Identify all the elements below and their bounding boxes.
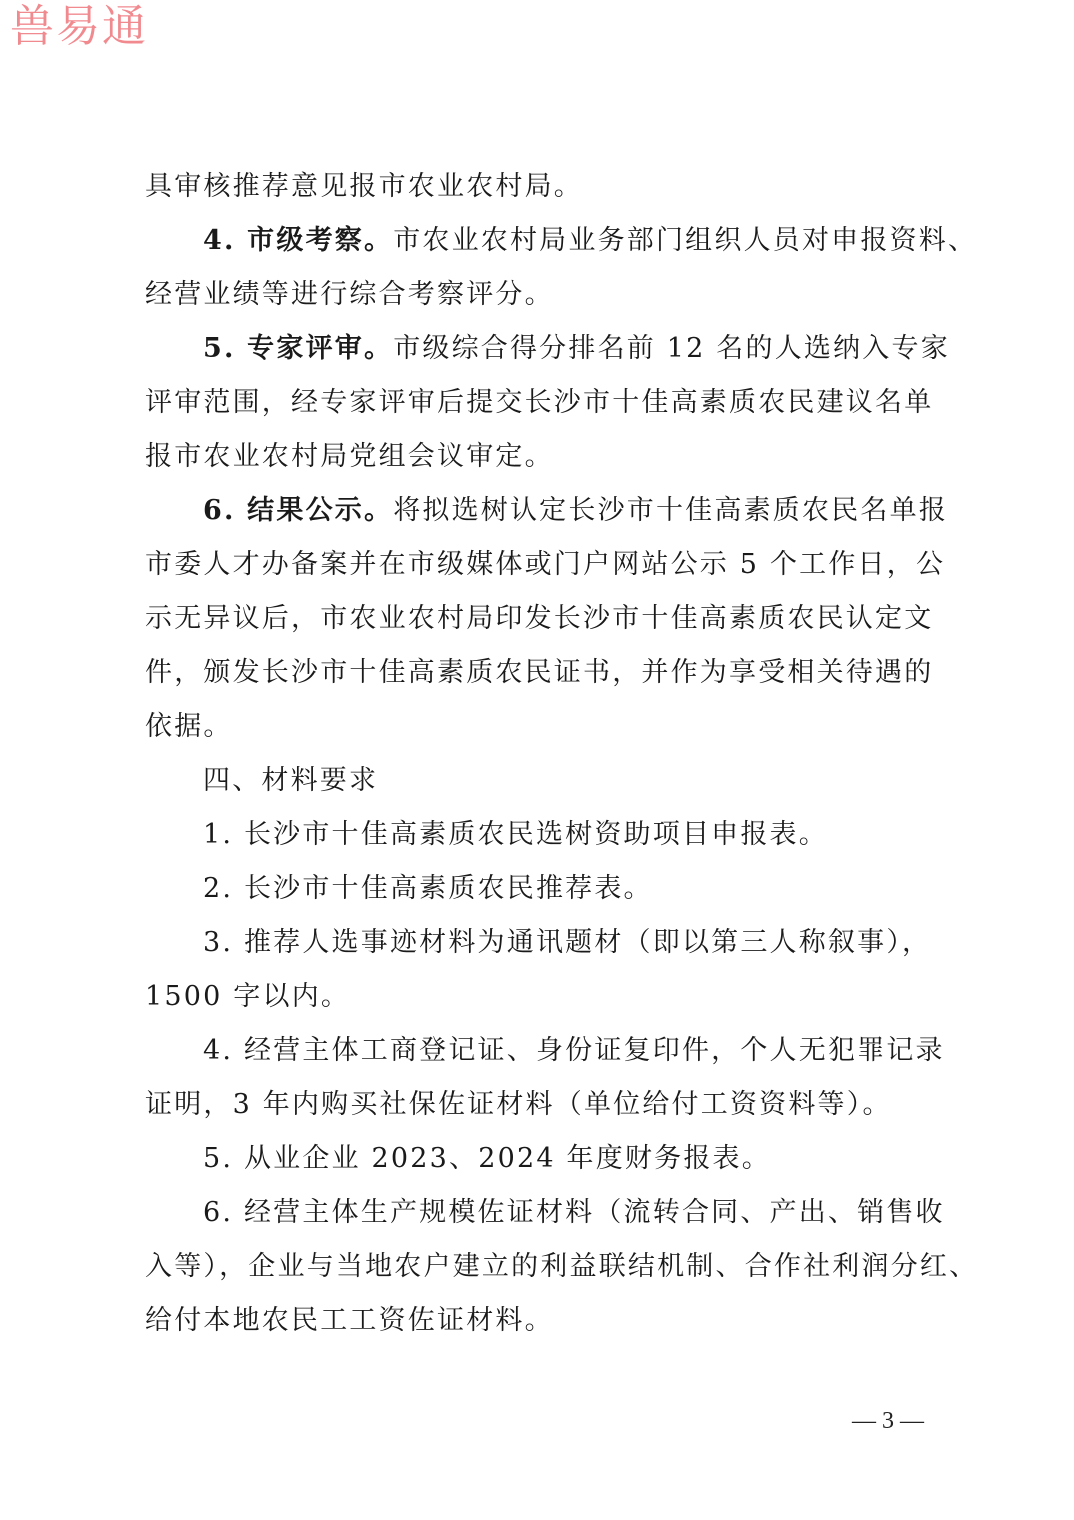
- material-item-5: 5. 从业企业 2023、2024 年度财务报表。: [203, 1132, 771, 1186]
- step-5-text: 市级综合得分排名前 12 名的人选纳入专家: [393, 333, 950, 364]
- step-4-text: 市农业农村局业务部门组织人员对申报资料、: [393, 225, 977, 256]
- page-number: — 3 —: [852, 1408, 924, 1435]
- step-6-line: 6. 结果公示。将拟选树认定长沙市十佳高素质农民名单报: [203, 484, 948, 538]
- paragraph-line: 评审范围，经专家评审后提交长沙市十佳高素质农民建议名单: [145, 376, 933, 430]
- material-item-1: 1. 长沙市十佳高素质农民选树资助项目申报表。: [203, 808, 828, 862]
- step-6-title: 6. 结果公示。: [203, 495, 393, 526]
- step-5-title: 5. 专家评审。: [203, 333, 393, 364]
- material-item-6: 6. 经营主体生产规模佐证材料（流转合同、产出、销售收: [203, 1186, 945, 1240]
- paragraph-line: 给付本地农民工工资佐证材料。: [145, 1294, 554, 1348]
- paragraph-line: 证明，3 年内购买社保佐证材料（单位给付工资资料等）。: [145, 1078, 892, 1132]
- step-6-text: 将拟选树认定长沙市十佳高素质农民名单报: [393, 495, 948, 526]
- paragraph-line: 报市农业农村局党组会议审定。: [145, 430, 554, 484]
- material-item-2: 2. 长沙市十佳高素质农民推荐表。: [203, 862, 653, 916]
- paragraph-line: 示无异议后，市农业农村局印发长沙市十佳高素质农民认定文: [145, 592, 933, 646]
- paragraph-line: 具审核推荐意见报市农业农村局。: [145, 160, 583, 214]
- paragraph-line: 件，颁发长沙市十佳高素质农民证书，并作为享受相关待遇的: [145, 646, 933, 700]
- paragraph-line: 市委人才办备案并在市级媒体或门户网站公示 5 个工作日，公: [145, 538, 945, 592]
- watermark-logo: 兽易通: [10, 2, 148, 52]
- step-4-line: 4. 市级考察。市农业农村局业务部门组织人员对申报资料、: [203, 214, 977, 268]
- step-4-title: 4. 市级考察。: [203, 225, 393, 256]
- paragraph-line: 经营业绩等进行综合考察评分。: [145, 268, 554, 322]
- paragraph-line: 1500 字以内。: [145, 970, 350, 1024]
- paragraph-line: 入等），企业与当地农户建立的利益联结机制、合作社利润分红、: [145, 1240, 978, 1294]
- material-item-3: 3. 推荐人选事迹材料为通讯题材（即以第三人称叙事），: [203, 916, 931, 970]
- paragraph-line: 依据。: [145, 700, 233, 754]
- section-heading: 四、材料要求: [203, 754, 378, 808]
- step-5-line: 5. 专家评审。市级综合得分排名前 12 名的人选纳入专家: [203, 322, 950, 376]
- material-item-4: 4. 经营主体工商登记证、身份证复印件，个人无犯罪记录: [203, 1024, 945, 1078]
